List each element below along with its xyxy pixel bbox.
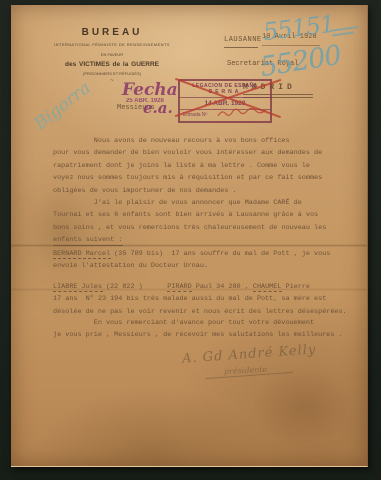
typed-line: Tournai et ses 6 enfants sont bien arriv… <box>53 209 326 221</box>
org-subtitle-4: (PRISONNIERS ET RÉFUGIÉS) <box>42 71 182 76</box>
typed-line: je vous prie , Messieurs , de recevoir m… <box>53 329 343 341</box>
pirard-underline <box>167 291 192 292</box>
closing-paragraph: En vous remerciant d'avance pour tout vo… <box>53 317 343 342</box>
fecha-stamp: Fecha <box>122 80 178 100</box>
typed-line: Nous avons de nouveau recours à vos bons… <box>53 135 322 147</box>
enfants-suivent-underline <box>53 245 123 246</box>
city-underline <box>224 47 258 48</box>
liabre-underline <box>53 291 103 292</box>
typed-line: En vous remerciant d'avance pour tout vo… <box>53 317 343 329</box>
bernard-underline <box>53 258 111 259</box>
names-paragraph-1: BERNARD Marcel (35 789 bis) 17 ans souff… <box>53 248 330 273</box>
typed-line: rapatriement dont je joins la liste à ma… <box>53 160 322 172</box>
typed-line: voyez nous sommes toujours mis à réquisi… <box>53 172 322 184</box>
legacion-stamp-line2: BERNA <box>180 89 270 95</box>
org-subtitle-3: des VICTIMES de la GUERRE <box>42 61 182 68</box>
typed-line: J'ai le plaisir de vous annoncer que Mad… <box>53 197 326 209</box>
photo-of-letter: BUREAU INTERNATIONAL FÉMINISTE DE RENSEI… <box>0 0 381 480</box>
paragraph-2: J'ai le plaisir de vous annoncer que Mad… <box>53 197 326 247</box>
typed-line: obligées de vous importuner de nos deman… <box>53 185 322 197</box>
paper-stain <box>251 365 351 445</box>
org-subtitle-2: EN FAVEUR <box>42 52 182 57</box>
letterhead: BUREAU INTERNATIONAL FÉMINISTE DE RENSEI… <box>42 27 182 84</box>
names-paragraph-2: LIABRE Jules (22 822 ) PIRARD Paul 34 28… <box>53 281 347 318</box>
typed-line: envoie l'attestation du Docteur Urnau. <box>53 260 330 272</box>
org-subtitle-1: INTERNATIONAL FÉMINISTE DE RENSEIGNEMENT… <box>42 42 182 47</box>
org-title: BUREAU <box>42 27 182 38</box>
typed-line: bons soins , et vous remercions très cha… <box>53 222 326 234</box>
ea-initials-stamp: e.a. <box>143 99 173 117</box>
typed-line: pour vous demander de bien vouloir vous … <box>53 147 322 159</box>
chaumel-underline <box>253 291 282 292</box>
city-label: LAUSANNE <box>224 36 262 44</box>
typed-line: 17 ans Nº 23 194 bis très malade aussi d… <box>53 293 347 305</box>
paragraph-1: Nous avons de nouveau recours à vos bons… <box>53 135 322 197</box>
